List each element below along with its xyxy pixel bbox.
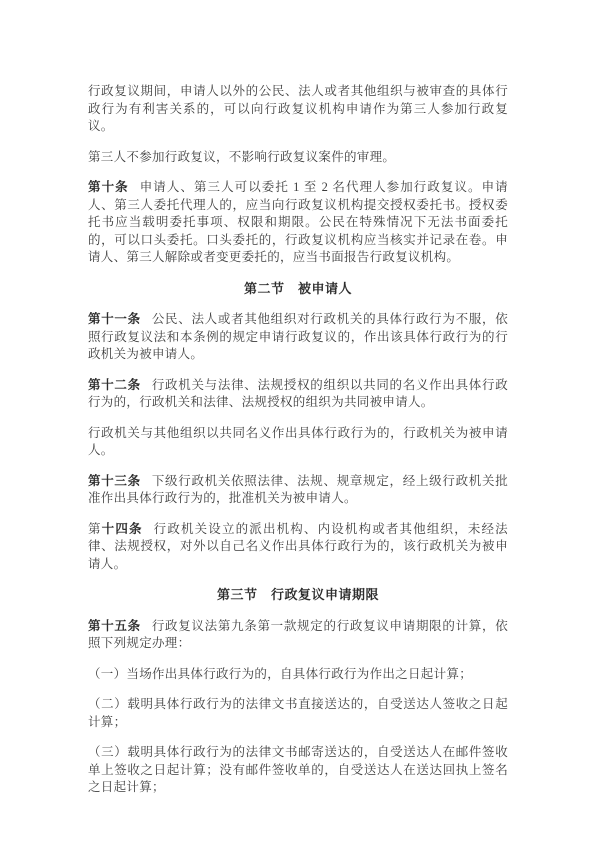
- paragraph: 行政复议期间，申请人以外的公民、法人或者其他组织与被审查的具体行政行为有利害关系…: [88, 83, 508, 136]
- paragraph-text: 公民、法人或者其他组织对行政机关的具体行政行为不服，依照行政复议法和本条例的规定…: [88, 312, 508, 361]
- article-number: 第十二条: [88, 378, 152, 392]
- paragraph: 行政机关与其他组织以共同名义作出具体行政行为的，行政机关为被申请人。: [88, 425, 508, 460]
- paragraph-text: （二）载明具体行政行为的法律文书直接送达的，自受送达人签收之日起计算；: [88, 697, 508, 729]
- article-number: 第十条: [88, 180, 140, 194]
- paragraph-article-13: 第十三条下级行政机关依照法律、法规、规章规定，经上级行政机关批准作出具体行政行为…: [88, 473, 508, 508]
- article-number: 第十一条: [88, 312, 152, 326]
- section-heading-text: 第二节 被申请人: [244, 281, 352, 296]
- paragraph-article-10: 第十条申请人、第三人可以委托 1 至 2 名代理人参加行政复议。申请人、第三人委…: [88, 179, 508, 267]
- paragraph-text: 申请人、第三人可以委托 1 至 2 名代理人参加行政复议。申请人、第三人委托代理…: [88, 180, 508, 264]
- paragraph-text: 行政机关与法律、法规授权的组织以共同的名义作出具体行政行为的，行政机关和法律、法…: [88, 378, 508, 410]
- paragraph-text: 下级行政机关依照法律、法规、规章规定，经上级行政机关批准作出具体行政行为的，批准…: [88, 474, 508, 506]
- article-number-prefix: 第: [88, 522, 102, 536]
- paragraph-article-14: 第十四条行政机关设立的派出机构、内设机构或者其他组织，未经法律、法规授权，对外以…: [88, 521, 508, 574]
- list-item: （二）载明具体行政行为的法律文书直接送达的，自受送达人签收之日起计算；: [88, 696, 508, 731]
- section-heading: 第二节 被申请人: [88, 280, 508, 298]
- paragraph-text: 第三人不参加行政复议，不影响行政复议案件的审理。: [88, 150, 395, 164]
- paragraph-text: （一）当场作出具体行政行为的，自具体行政行为作出之日起计算；: [88, 667, 472, 681]
- paragraph-text: （三）载明具体行政行为的法律文书邮寄送达的，自受送达人在邮件签收单上签收之日起计…: [88, 745, 508, 794]
- paragraph-article-12: 第十二条行政机关与法律、法规授权的组织以共同的名义作出具体行政行为的，行政机关和…: [88, 377, 508, 412]
- section-heading: 第三节 行政复议申请期限: [88, 586, 508, 604]
- paragraph-article-11: 第十一条公民、法人或者其他组织对行政机关的具体行政行为不服，依照行政复议法和本条…: [88, 311, 508, 364]
- paragraph-text: 行政复议法第九条第一款规定的行政复议申请期限的计算，依照下列规定办理：: [88, 619, 508, 651]
- paragraph-text: 行政机关与其他组织以共同名义作出具体行政行为的，行政机关为被申请人。: [88, 426, 508, 458]
- document-page: 行政复议期间，申请人以外的公民、法人或者其他组织与被审查的具体行政行为有利害关系…: [0, 0, 595, 841]
- section-heading-text: 第三节 行政复议申请期限: [217, 587, 379, 602]
- article-number: 十四条: [102, 522, 154, 536]
- article-number: 第十五条: [88, 619, 152, 633]
- article-number: 第十三条: [88, 474, 152, 488]
- paragraph-text: 行政复议期间，申请人以外的公民、法人或者其他组织与被审查的具体行政行为有利害关系…: [88, 84, 508, 133]
- paragraph: 第三人不参加行政复议，不影响行政复议案件的审理。: [88, 149, 508, 167]
- document-content: 行政复议期间，申请人以外的公民、法人或者其他组织与被审查的具体行政行为有利害关系…: [88, 83, 508, 797]
- list-item: （三）载明具体行政行为的法律文书邮寄送达的，自受送达人在邮件签收单上签收之日起计…: [88, 744, 508, 797]
- list-item: （一）当场作出具体行政行为的，自具体行政行为作出之日起计算；: [88, 666, 508, 684]
- paragraph-article-15: 第十五条行政复议法第九条第一款规定的行政复议申请期限的计算，依照下列规定办理：: [88, 618, 508, 653]
